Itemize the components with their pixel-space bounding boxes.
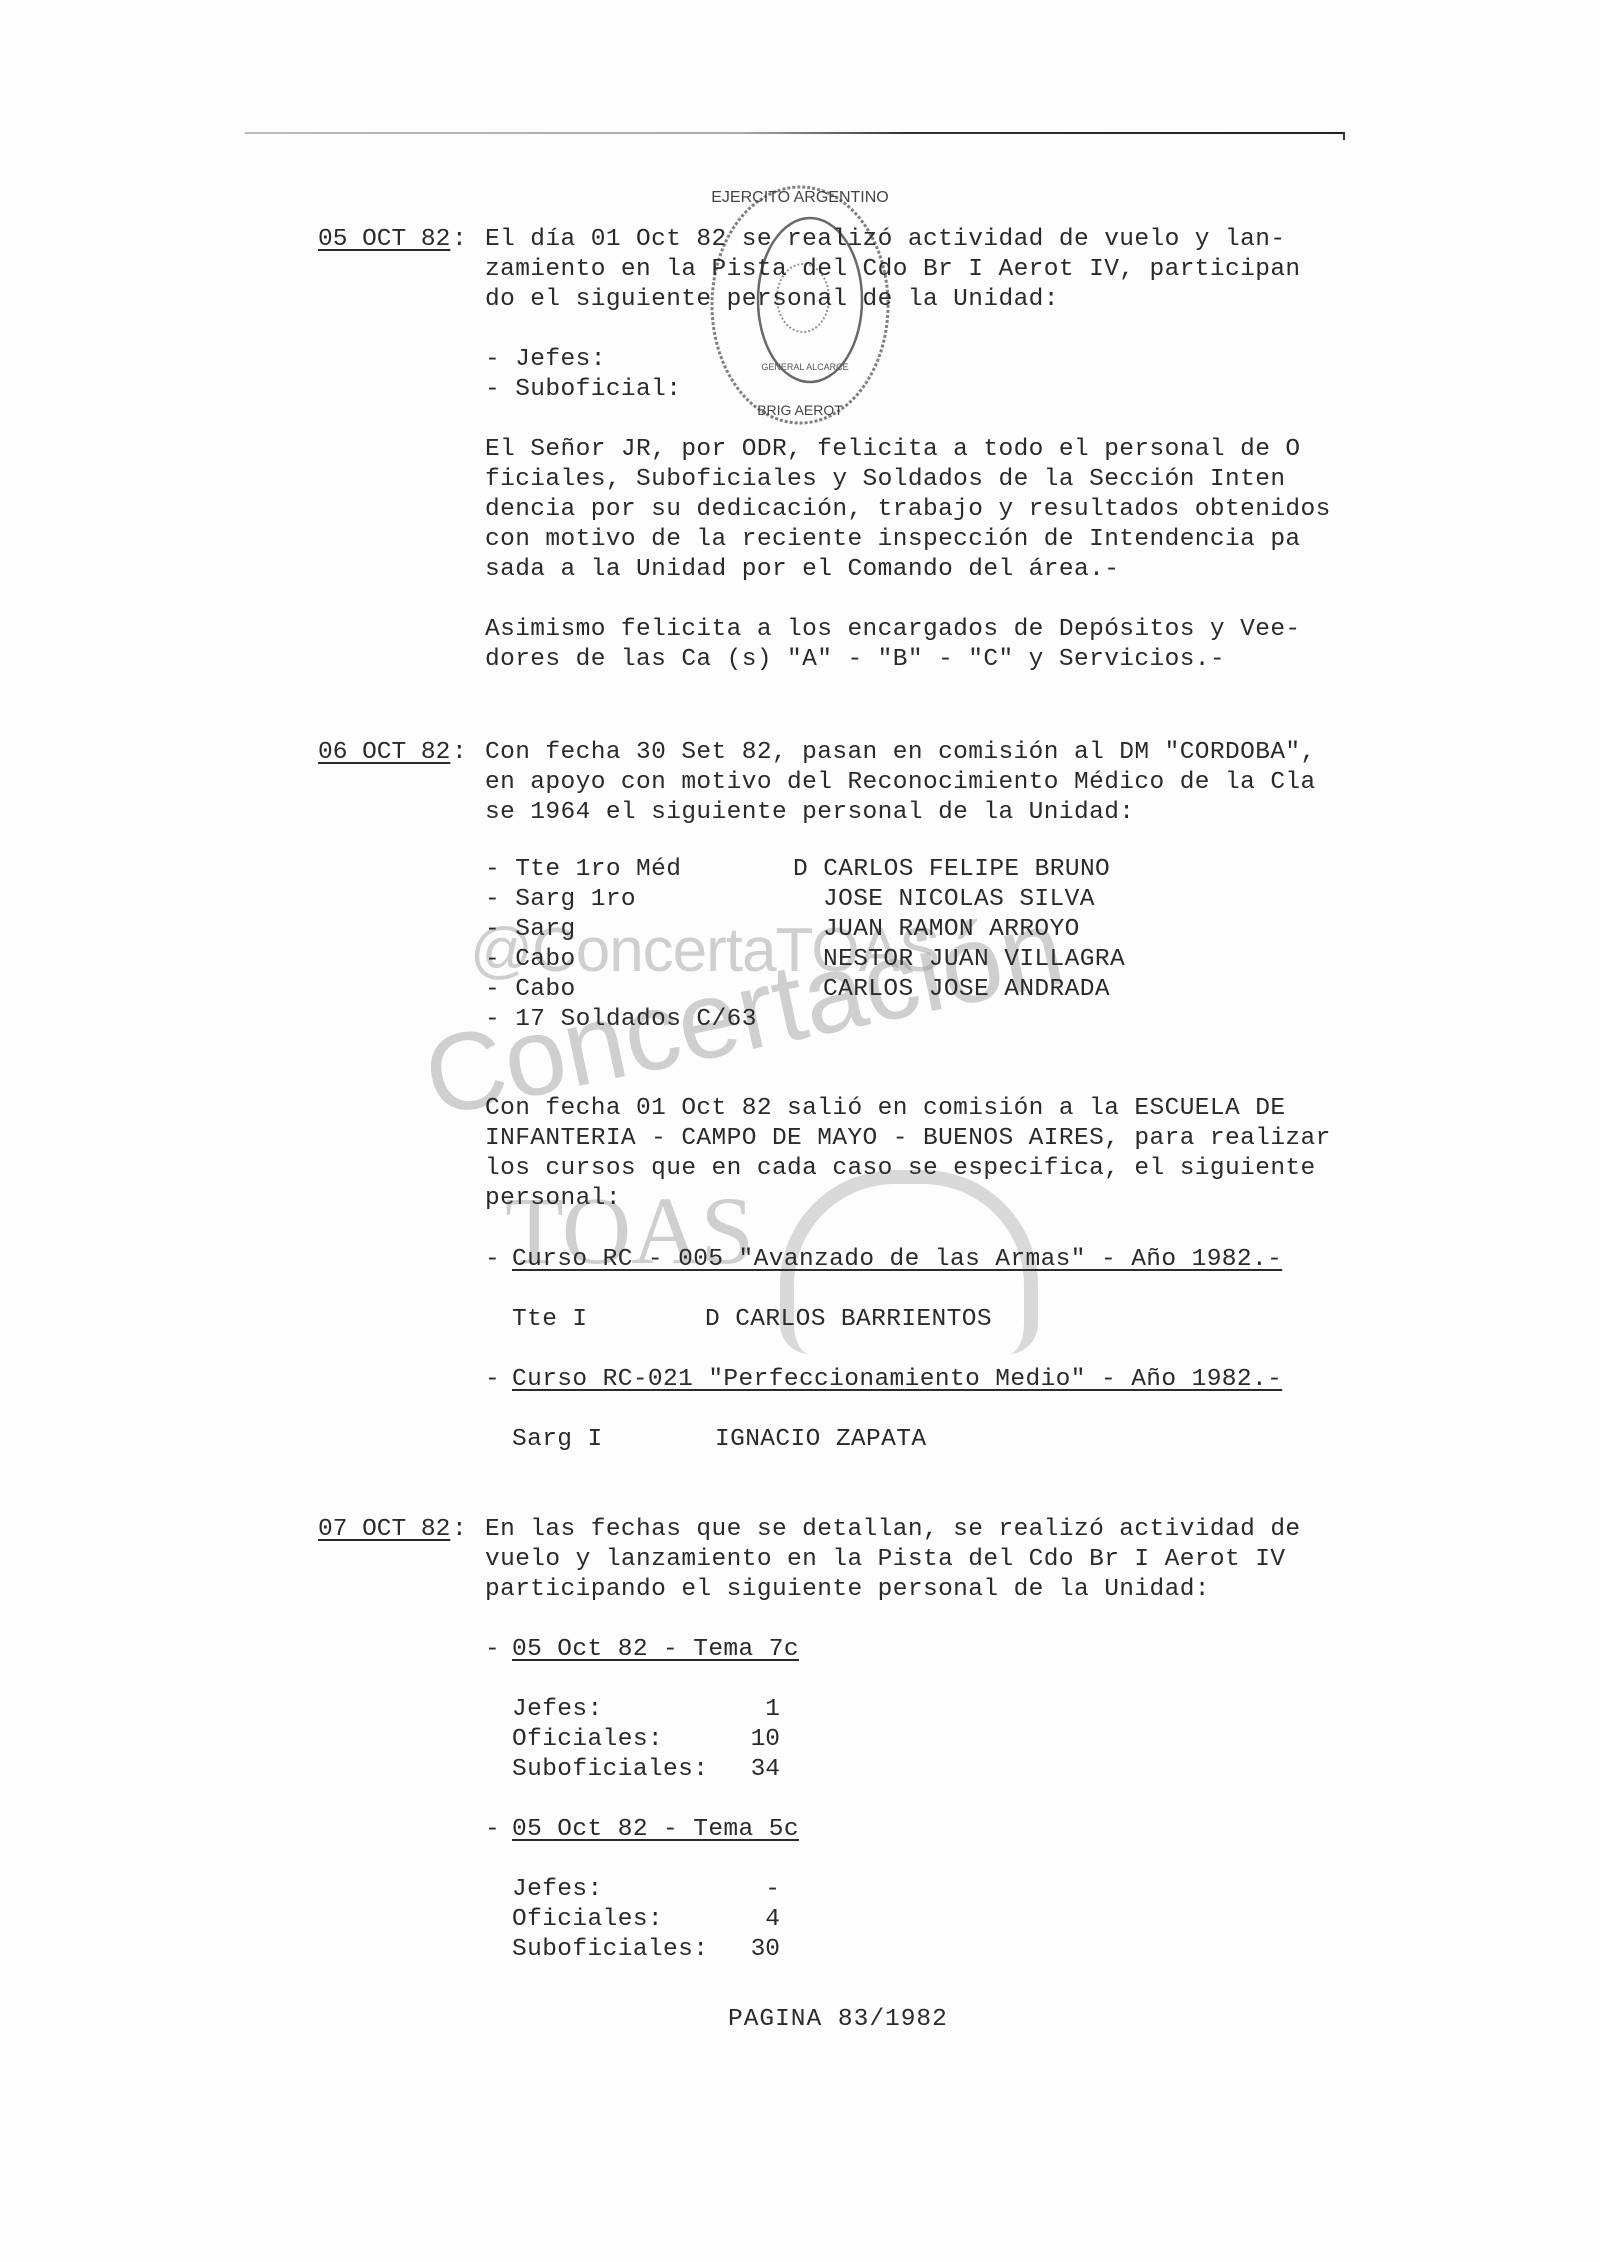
- entry-date: 07 OCT 82: [318, 1515, 450, 1545]
- date-colon: :: [452, 738, 467, 768]
- group-label: Jefes:: [512, 1875, 603, 1905]
- group-title: 05 Oct 82 - Tema 7c: [512, 1635, 799, 1665]
- paragraph-line: dencia por su dedicación, trabajo y resu…: [485, 495, 1331, 525]
- svg-text:BRIG AEROT: BRIG AEROT: [757, 402, 843, 418]
- group-bullet: -: [485, 1635, 515, 1665]
- personnel-rank: - Sarg: [485, 915, 576, 945]
- date-colon: :: [452, 1515, 467, 1545]
- course-title: Curso RC-021 "Perfeccionamiento Medio" -…: [512, 1365, 1282, 1395]
- group-value: 1: [720, 1695, 780, 1725]
- group-value: 30: [720, 1935, 780, 1965]
- personnel-rank: - Cabo: [485, 945, 576, 975]
- paragraph-line: Asimismo felicita a los encargados de De…: [485, 615, 1301, 645]
- paragraph-line: INFANTERIA - CAMPO DE MAYO - BUENOS AIRE…: [485, 1124, 1331, 1154]
- course-bullet: -: [485, 1245, 515, 1275]
- paragraph-line: personal:: [485, 1184, 621, 1214]
- entry-line: vuelo y lanzamiento en la Pista del Cdo …: [485, 1545, 1285, 1575]
- svg-text:GENERAL ALCARCE: GENERAL ALCARCE: [761, 362, 848, 372]
- group-label: Suboficiales:: [512, 1935, 708, 1965]
- course-title: Curso RC - 005 "Avanzado de las Armas" -…: [512, 1245, 1282, 1275]
- course-person: IGNACIO ZAPATA: [715, 1425, 926, 1455]
- entry-line: en apoyo con motivo del Reconocimiento M…: [485, 768, 1316, 798]
- entry-line: se 1964 el siguiente personal de la Unid…: [485, 798, 1134, 828]
- entry-line: En las fechas que se detallan, se realiz…: [485, 1515, 1301, 1545]
- entry-date: 05 OCT 82: [318, 225, 450, 255]
- personnel-name: D CARLOS FELIPE BRUNO: [793, 855, 1110, 885]
- entry-line: Con fecha 30 Set 82, pasan en comisión a…: [485, 738, 1316, 768]
- personnel-name: JOSE NICOLAS SILVA: [823, 885, 1095, 915]
- list-item: - Suboficial:: [485, 375, 681, 405]
- group-title: 05 Oct 82 - Tema 5c: [512, 1815, 799, 1845]
- group-label: Jefes:: [512, 1695, 603, 1725]
- course-rank: Tte I: [512, 1305, 588, 1335]
- paragraph-line: los cursos que en cada caso se especific…: [485, 1154, 1316, 1184]
- group-label: Suboficiales:: [512, 1755, 708, 1785]
- top-rule: [245, 132, 1345, 134]
- paragraph-line: ficiales, Suboficiales y Soldados de la …: [485, 465, 1285, 495]
- entry-line: participando el siguiente personal de la…: [485, 1575, 1210, 1605]
- entry-line: zamiento en la Pista del Cdo Br I Aerot …: [485, 255, 1301, 285]
- document-page: @ConcertaTOAS Concertación TOAS EJERCITO…: [0, 0, 1600, 2262]
- paragraph-line: dores de las Ca (s) "A" - "B" - "C" y Se…: [485, 645, 1225, 675]
- personnel-rank: - Sarg 1ro: [485, 885, 636, 915]
- top-rule-tick: [1343, 132, 1345, 140]
- personnel-name: NESTOR JUAN VILLAGRA: [823, 945, 1125, 975]
- personnel-name: JUAN RAMON ARROYO: [823, 915, 1080, 945]
- paragraph-line: sada a la Unidad por el Comando del área…: [485, 555, 1119, 585]
- entry-date: 06 OCT 82: [318, 738, 450, 768]
- group-value: -: [720, 1875, 780, 1905]
- group-label: Oficiales:: [512, 1725, 663, 1755]
- course-rank: Sarg I: [512, 1425, 603, 1455]
- group-value: 4: [720, 1905, 780, 1935]
- paragraph-line: con motivo de la reciente inspección de …: [485, 525, 1301, 555]
- group-bullet: -: [485, 1815, 515, 1845]
- entry-line: do el siguiente personal de la Unidad:: [485, 285, 1059, 315]
- date-colon: :: [452, 225, 467, 255]
- personnel-rank: - Tte 1ro Méd: [485, 855, 681, 885]
- personnel-rank: - 17 Soldados C/63: [485, 1005, 757, 1035]
- group-label: Oficiales:: [512, 1905, 663, 1935]
- page-number: PAGINA 83/1982: [728, 2006, 948, 2033]
- paragraph-line: Con fecha 01 Oct 82 salió en comisión a …: [485, 1094, 1285, 1124]
- personnel-rank: - Cabo: [485, 975, 576, 1005]
- paragraph-line: El Señor JR, por ODR, felicita a todo el…: [485, 435, 1301, 465]
- group-value: 34: [720, 1755, 780, 1785]
- personnel-name: CARLOS JOSE ANDRADA: [823, 975, 1110, 1005]
- svg-text:EJERCITO ARGENTINO: EJERCITO ARGENTINO: [711, 189, 889, 206]
- list-item: - Jefes:: [485, 345, 606, 375]
- course-person: D CARLOS BARRIENTOS: [705, 1305, 992, 1335]
- course-bullet: -: [485, 1365, 515, 1395]
- group-value: 10: [720, 1725, 780, 1755]
- entry-line: El día 01 Oct 82 se realizó actividad de…: [485, 225, 1285, 255]
